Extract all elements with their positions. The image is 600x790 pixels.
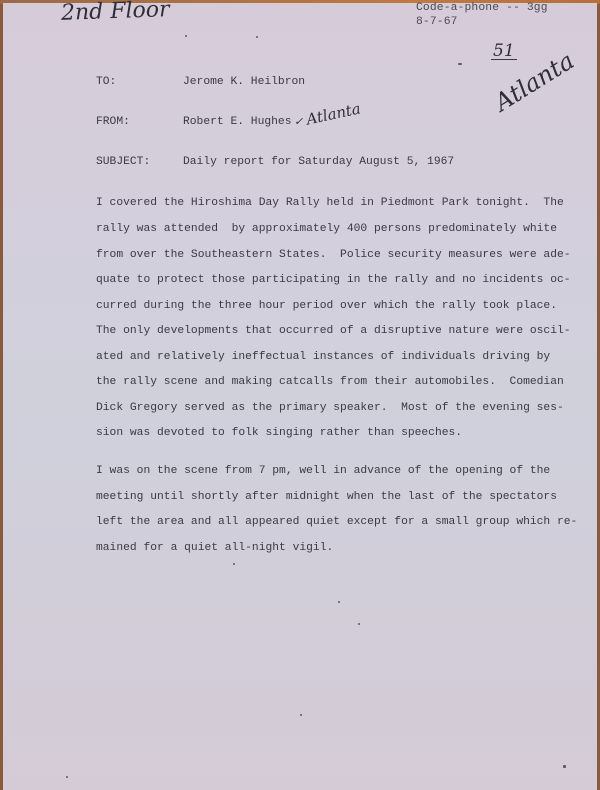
paper-speck	[256, 36, 258, 38]
handwritten-code-number: 51	[491, 43, 517, 60]
subject-text: Daily report for Saturday August 5, 1967	[183, 156, 454, 168]
memo-page: 2nd Floor Code-a-phone -- 3gg 8-7-67 51 …	[3, 3, 597, 790]
from-label: FROM:	[96, 116, 130, 128]
body-line: left the area and all appeared quiet exc…	[96, 516, 577, 528]
handwritten-atlanta-from: Atlanta	[305, 99, 363, 128]
to-label: TO:	[96, 76, 116, 88]
body-line: from over the Southeastern States. Polic…	[96, 249, 571, 261]
to-recipient: Jerome K. Heilbron	[183, 76, 305, 88]
body-line: I covered the Hiroshima Day Rally held i…	[96, 197, 564, 209]
body-line: Dick Gregory served as the primary speak…	[96, 402, 564, 414]
dictation-date: 8-7-67	[416, 16, 458, 28]
paper-speck	[358, 623, 360, 625]
subject-label: SUBJECT:	[96, 156, 150, 168]
body-line: ated and relatively ineffectual instance…	[96, 351, 550, 363]
paper-speck	[66, 776, 68, 778]
body-line: sion was devoted to folk singing rather …	[96, 427, 462, 439]
paper-speck	[185, 35, 187, 37]
from-sender: Robert E. Hughes	[183, 116, 291, 128]
code-a-phone-line: Code-a-phone -- 3gg	[416, 2, 548, 14]
paper-speck	[338, 601, 340, 603]
body-line: meeting until shortly after midnight whe…	[96, 491, 557, 503]
body-line: curred during the three hour period over…	[96, 300, 557, 312]
checkmark-icon: ✓	[294, 115, 303, 128]
body-line: The only developments that occurred of a…	[96, 325, 571, 337]
paper-speck	[233, 563, 235, 565]
body-line: quate to protect those participating in …	[96, 274, 571, 286]
paper-speck	[563, 765, 566, 768]
body-line: I was on the scene from 7 pm, well in ad…	[96, 465, 550, 477]
paper-speck	[300, 714, 302, 716]
body-line: rally was attended by approximately 400 …	[96, 223, 557, 235]
body-line: the rally scene and making catcalls from…	[96, 376, 564, 388]
ink-mark	[458, 63, 462, 65]
body-line: mained for a quiet all-night vigil.	[96, 542, 333, 554]
handwritten-floor-note: 2nd Floor	[61, 0, 170, 26]
